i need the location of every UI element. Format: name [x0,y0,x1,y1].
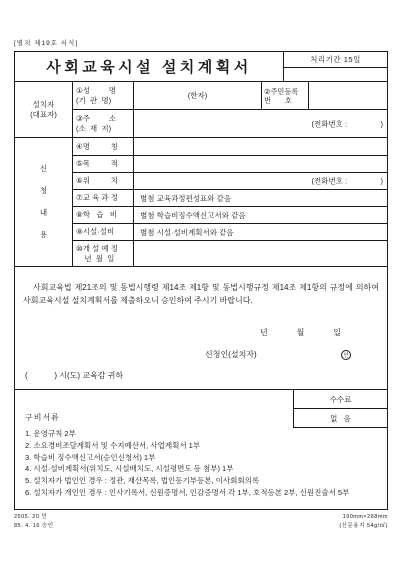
installer-header-line2: (대표자) [30,110,57,120]
form-code: 2505. 20 민 [14,513,54,522]
row-location: ⑥위 치 (전화번호 : ) [73,172,387,189]
date-line: 년 월 일 [260,327,341,338]
row-purpose: ⑤목 적 [73,155,387,172]
resident-number-label: ②주민등록 번 호 [262,82,309,109]
form-annex-note: [별지 제19호 서식] [14,38,388,47]
fee-box: 수수료 없 음 [293,390,387,428]
address-label: ③주 소 (소 재 지) [73,110,134,137]
form-footer: 2505. 20 민 85. 4. 16 승인 190mm×268mm (신문용… [14,513,388,530]
row-opening-date: ⑩개 설 예 정 년 월 일 [73,240,387,266]
address-value-cell: (전화번호 : ) [134,110,387,137]
declaration-section: 사회교육법 제21조의 및 동법시행령 제14조 제1항 및 동법시행규정 제1… [15,267,387,390]
document-item: 1. 운영규칙 2부 [25,428,287,440]
seal-stamp-icon: 인 [341,350,351,360]
applicant-line: 신청인(설치자) 인 [205,349,351,360]
form-approval-date: 85. 4. 16 승인 [14,522,54,531]
documents-list: 1. 운영규칙 2부 2. 소요경비조달계획서 및 수지예산서, 사업계획서 1… [25,428,287,499]
row-name: ④명 칭 [73,138,387,155]
documents-section: 수수료 없 음 구비서류 1. 운영규칙 2부 2. 소요경비조달계획서 및 수… [15,390,387,509]
applicant-label: 신청인(설치자) [205,349,257,360]
application-section-header: 신 청 내 용 [15,138,73,266]
form-table: 사회교육시설 설치계획서 처리기간 15일 설치자 (대표자) ①성 명 (기 … [14,51,388,510]
declaration-text: 사회교육법 제21조의 및 동법시행령 제14조 제1항 및 동법시행규정 제1… [23,281,379,307]
processing-period-value-cell [284,68,387,81]
installer-name-row: ①성 명 (기 관 명) (한자) ②주민등록 번 호 [73,82,387,109]
fee-value: 없 음 [293,409,387,428]
form-page: [별지 제19호 서식] 사회교육시설 설치계획서 처리기간 15일 설치자 (… [14,38,388,530]
row-tuition: ⑧학 습 비 별첨 학습비징수액신고서와 같음 [73,206,387,223]
document-item: 5. 설치자가 법인인 경우 : 정관, 재산목록, 법인등기부등본, 이사회회… [25,475,287,487]
installer-section: 설치자 (대표자) ①성 명 (기 관 명) (한자) ②주민등록 번 호 [15,82,387,138]
processing-period-box: 처리기간 15일 [283,52,387,81]
title-row: 사회교육시설 설치계획서 처리기간 15일 [15,52,387,82]
installer-section-header: 설치자 (대표자) [15,82,73,137]
paper-spec: (신문용지 54g/㎡) [339,522,388,531]
document-item: 4. 시설·설비계획서(위치도, 시설배치도, 시설평면도 등 첨부) 1부 [25,463,287,475]
application-section: 신 청 내 용 ④명 칭 ⑤목 적 ⑥위 치 [15,138,387,267]
paper-size: 190mm×268mm [339,513,388,522]
name-hanja-cell: (한자) [134,82,262,109]
location-phone-hint: (전화번호 : ) [312,176,383,187]
installer-address-row: ③주 소 (소 재 지) (전화번호 : ) [73,109,387,137]
row-facilities: ⑨시설·설비 별첨 시설·설비계획서와 같음 [73,223,387,240]
addressee-line: ( ) 시(도) 교육감 귀하 [25,370,123,381]
document-item: 6. 설치자가 개인인 경우 : 인사기록서, 신원증명서, 인감증명서 각 1… [25,487,385,499]
processing-period-label: 처리기간 15일 [284,52,387,68]
form-title: 사회교육시설 설치계획서 [15,52,283,81]
address-phone-hint: (전화번호 : ) [312,118,383,129]
installer-header-line1: 설치자 [33,100,55,110]
documents-title: 구비서류 [25,412,60,423]
document-item: 3. 학습비 징수액신고서(승인신청서) 1부 [25,452,287,464]
document-item: 2. 소요경비조달계획서 및 수지예산서, 사업계획서 1부 [25,440,287,452]
name-label: ①성 명 (기 관 명) [73,82,134,109]
resident-number-value-cell [309,82,387,109]
row-curriculum: ⑦교 육 과 정 별첨 교육과정편성표와 같음 [73,189,387,206]
fee-label: 수수료 [293,390,387,409]
